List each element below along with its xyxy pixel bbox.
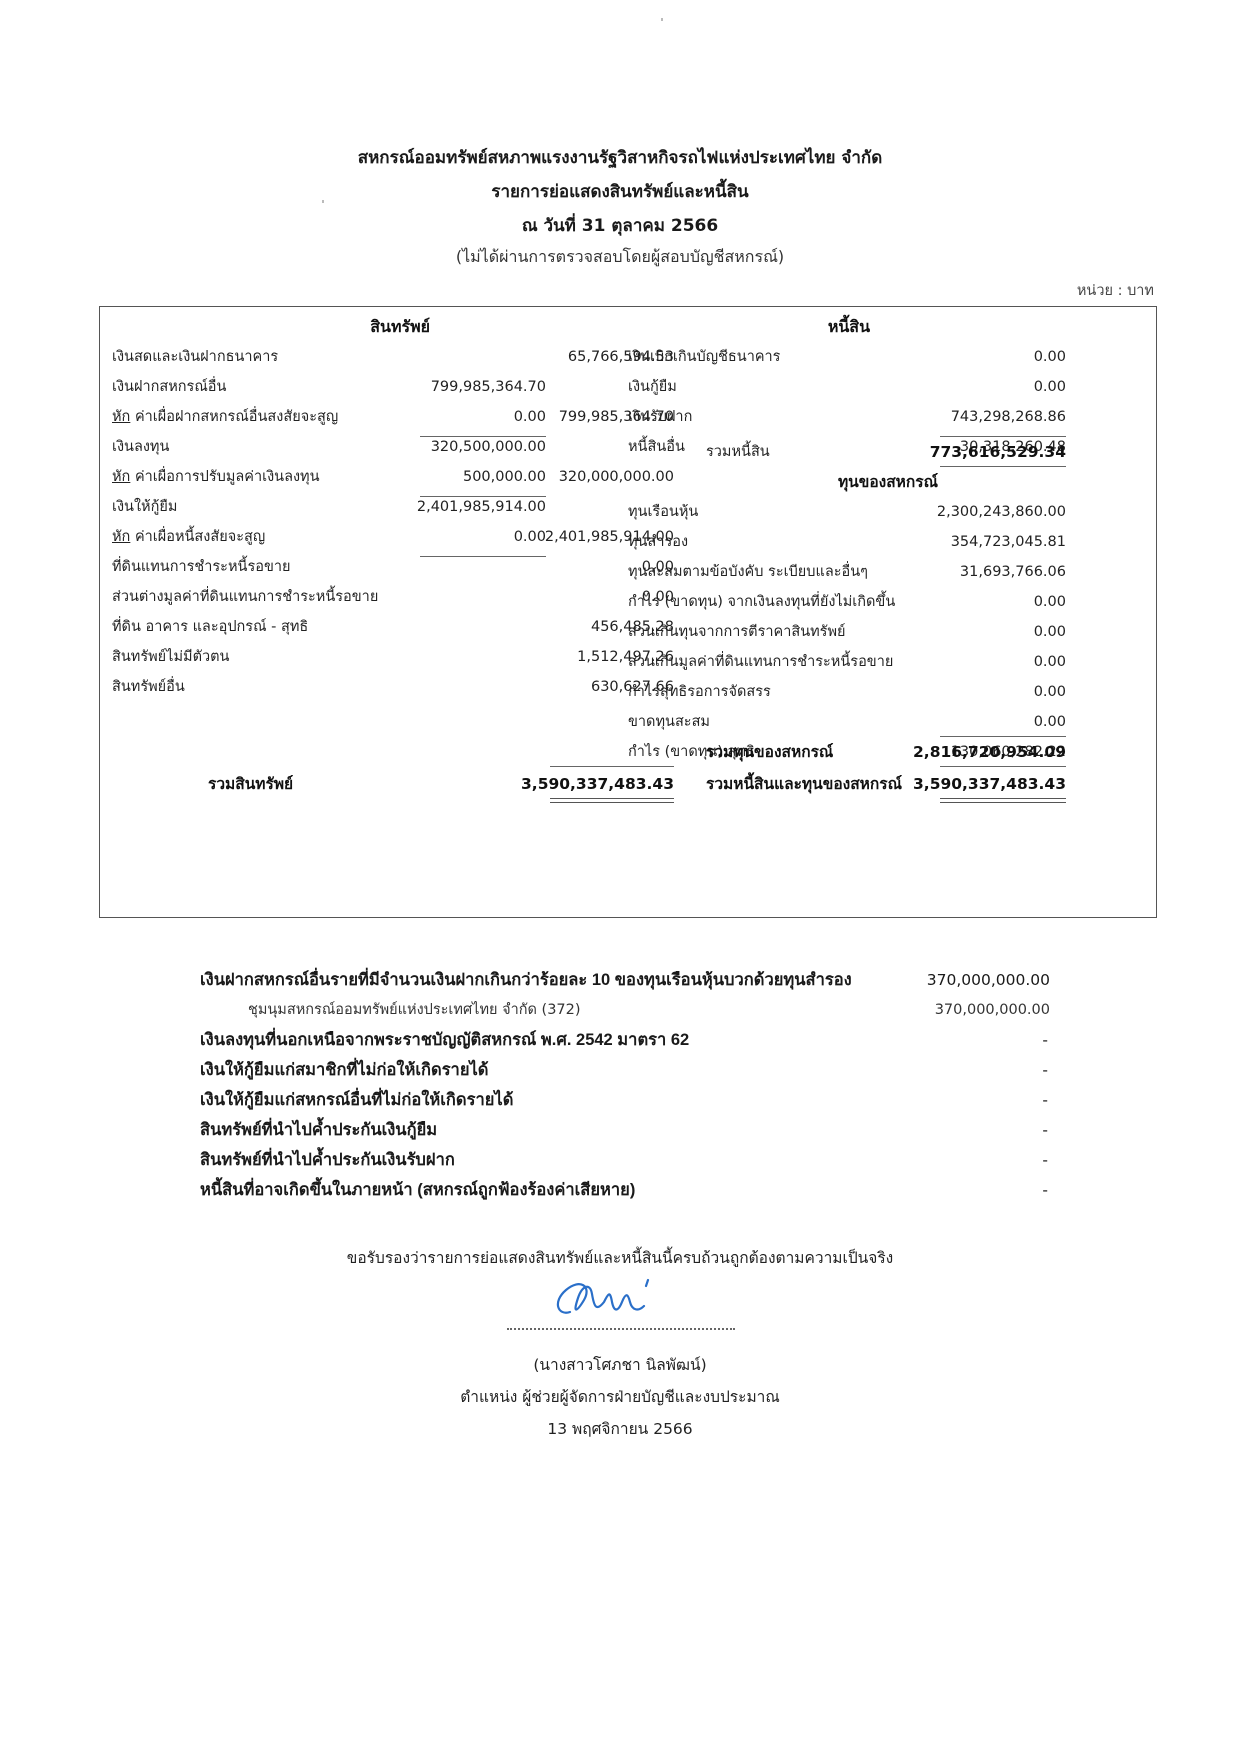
equity-value: 0.00 bbox=[860, 707, 1066, 737]
total-equity-value: 2,816,720,954.09 bbox=[860, 737, 1066, 767]
note-value: - bbox=[1042, 1085, 1048, 1115]
note-row: หนี้สินที่อาจเกิดขึ้นในภายหน้า (สหกรณ์ถู… bbox=[200, 1175, 1050, 1205]
equity-row: กำไร (ขาดทุน) จากเงินลงทุนที่ยังไม่เกิดข… bbox=[100, 587, 1100, 617]
grand-total-value: 3,590,337,483.43 bbox=[860, 769, 1066, 799]
note-row: เงินให้กู้ยืมแก่สมาชิกที่ไม่ก่อให้เกิดรา… bbox=[200, 1055, 1050, 1085]
equity-row: กำไรสุทธิรอการจัดสรร0.00 bbox=[100, 677, 1100, 707]
liability-label: เงินเบิกเกินบัญชีธนาคาร bbox=[628, 342, 780, 372]
note-row: สินทรัพย์ที่นำไปค้ำประกันเงินกู้ยืม- bbox=[200, 1115, 1050, 1145]
note-row: เงินให้กู้ยืมแก่สหกรณ์อื่นที่ไม่ก่อให้เก… bbox=[200, 1085, 1050, 1115]
liability-value: 743,298,268.86 bbox=[860, 402, 1066, 432]
equity-label: กำไร (ขาดทุน) จากเงินลงทุนที่ยังไม่เกิดข… bbox=[628, 587, 895, 617]
note-label: ชุมนุมสหกรณ์ออมทรัพย์แห่งประเทศไทย จำกัด… bbox=[248, 995, 581, 1025]
document-date: ณ วันที่ 31 ตุลาคม 2566 bbox=[0, 212, 1240, 239]
note-row: เงินลงทุนที่นอกเหนือจากพระราชบัญญัติสหกร… bbox=[200, 1025, 1050, 1055]
note-label: หนี้สินที่อาจเกิดขึ้นในภายหน้า (สหกรณ์ถู… bbox=[200, 1175, 635, 1205]
equity-label: ทุนสำรอง bbox=[628, 527, 688, 557]
underline bbox=[940, 466, 1066, 467]
signature-scribble-icon bbox=[500, 1272, 740, 1332]
asset-row: หัก ค่าเผื่อการปรับมูลค่าเงินลงทุน500,00… bbox=[100, 462, 690, 492]
double-underline bbox=[940, 798, 1066, 803]
total-liabilities-label: รวมหนี้สิน bbox=[706, 437, 770, 467]
equity-label: ทุนสะสมตามข้อบังคับ ระเบียบและอื่นๆ bbox=[628, 557, 868, 587]
equity-row: ทุนสำรอง354,723,045.81 bbox=[100, 527, 1100, 557]
equity-value: 2,300,243,860.00 bbox=[860, 497, 1066, 527]
liability-row: เงินกู้ยืม0.00 bbox=[100, 372, 1100, 402]
document-title: รายการย่อแสดงสินทรัพย์และหนี้สิน bbox=[0, 178, 1240, 205]
underline bbox=[940, 766, 1066, 767]
total-assets-label: รวมสินทรัพย์ bbox=[208, 769, 293, 799]
total-equity-label: รวมทุนของสหกรณ์ bbox=[706, 737, 833, 767]
liability-label: เงินรับฝาก bbox=[628, 402, 692, 432]
note-label: สินทรัพย์ที่นำไปค้ำประกันเงินรับฝาก bbox=[200, 1145, 455, 1175]
note-value: 370,000,000.00 bbox=[927, 965, 1050, 995]
note-value: 370,000,000.00 bbox=[935, 995, 1050, 1025]
asset-value: 320,000,000.00 bbox=[500, 462, 674, 492]
liability-row: เงินเบิกเกินบัญชีธนาคาร0.00 bbox=[100, 342, 1100, 372]
scan-speck bbox=[661, 18, 663, 21]
equity-row: ขาดทุนสะสม0.00 bbox=[100, 707, 1100, 737]
equity-row: ทุนสะสมตามข้อบังคับ ระเบียบและอื่นๆ31,69… bbox=[100, 557, 1100, 587]
note-label: เงินลงทุนที่นอกเหนือจากพระราชบัญญัติสหกร… bbox=[200, 1025, 689, 1055]
organization-name: สหกรณ์ออมทรัพย์สหภาพแรงงานรัฐวิสาหกิจรถไ… bbox=[0, 144, 1240, 171]
note-label: เงินให้กู้ยืมแก่สหกรณ์อื่นที่ไม่ก่อให้เก… bbox=[200, 1085, 513, 1115]
note-label: เงินฝากสหกรณ์อื่นรายที่มีจำนวนเงินฝากเกิ… bbox=[200, 965, 852, 995]
note-row: สินทรัพย์ที่นำไปค้ำประกันเงินรับฝาก- bbox=[200, 1145, 1050, 1175]
double-underline bbox=[550, 798, 674, 803]
note-value: - bbox=[1042, 1175, 1048, 1205]
equity-row: ส่วนเกินมูลค่าที่ดินแทนการชำระหนี้รอขาย0… bbox=[100, 647, 1100, 677]
audit-note: (ไม่ได้ผ่านการตรวจสอบโดยผู้สอบบัญชีสหกรณ… bbox=[0, 245, 1240, 270]
signer-position: ตำแหน่ง ผู้ช่วยผู้จัดการฝ่ายบัญชีและงบปร… bbox=[0, 1384, 1240, 1409]
signed-date: 13 พฤศจิกายน 2566 bbox=[0, 1416, 1240, 1441]
signature-line bbox=[507, 1328, 735, 1330]
asset-label: หัก ค่าเผื่อการปรับมูลค่าเงินลงทุน bbox=[112, 462, 320, 492]
equity-value: 0.00 bbox=[860, 647, 1066, 677]
liability-value: 0.00 bbox=[860, 372, 1066, 402]
note-value: - bbox=[1042, 1025, 1048, 1055]
equity-row: ทุนเรือนหุ้น2,300,243,860.00 bbox=[100, 497, 1100, 527]
liability-value: 0.00 bbox=[860, 342, 1066, 372]
signature bbox=[500, 1272, 740, 1332]
equity-value: 31,693,766.06 bbox=[860, 557, 1066, 587]
equity-label: ทุนเรือนหุ้น bbox=[628, 497, 698, 527]
equity-label: ส่วนเกินมูลค่าที่ดินแทนการชำระหนี้รอขาย bbox=[628, 647, 893, 677]
note-value: - bbox=[1042, 1145, 1048, 1175]
note-value: - bbox=[1042, 1115, 1048, 1145]
liabilities-heading: หนี้สิน bbox=[660, 312, 870, 342]
liability-label: เงินกู้ยืม bbox=[628, 372, 677, 402]
note-label: สินทรัพย์ที่นำไปค้ำประกันเงินกู้ยืม bbox=[200, 1115, 437, 1145]
total-liabilities-value: 773,616,529.34 bbox=[860, 437, 1066, 467]
equity-value: 0.00 bbox=[860, 677, 1066, 707]
note-value: - bbox=[1042, 1055, 1048, 1085]
equity-heading: ทุนของสหกรณ์ bbox=[660, 467, 938, 497]
equity-label: ส่วนเกินทุนจากการตีราคาสินทรัพย์ bbox=[628, 617, 846, 647]
note-row: ชุมนุมสหกรณ์ออมทรัพย์แห่งประเทศไทย จำกัด… bbox=[200, 995, 1050, 1025]
liability-row: เงินรับฝาก743,298,268.86 bbox=[100, 402, 1100, 432]
total-assets-value: 3,590,337,483.43 bbox=[500, 769, 674, 799]
deduct-prefix: หัก bbox=[112, 469, 130, 485]
signer-name: (นางสาวโศภชา นิลพัฒน์) bbox=[0, 1352, 1240, 1377]
certification-statement: ขอรับรองว่ารายการย่อแสดงสินทรัพย์และหนี้… bbox=[0, 1245, 1240, 1270]
note-row: เงินฝากสหกรณ์อื่นรายที่มีจำนวนเงินฝากเกิ… bbox=[200, 965, 1050, 995]
liability-label: หนี้สินอื่น bbox=[628, 432, 685, 462]
assets-heading: สินทรัพย์ bbox=[100, 312, 430, 342]
note-label: เงินให้กู้ยืมแก่สมาชิกที่ไม่ก่อให้เกิดรา… bbox=[200, 1055, 489, 1085]
equity-value: 0.00 bbox=[860, 617, 1066, 647]
equity-label: กำไรสุทธิรอการจัดสรร bbox=[628, 677, 771, 707]
equity-value: 354,723,045.81 bbox=[860, 527, 1066, 557]
balance-sheet-table: สินทรัพย์ เงินสดและเงินฝากธนาคาร65,766,5… bbox=[99, 306, 1157, 918]
equity-row: ส่วนเกินทุนจากการตีราคาสินทรัพย์0.00 bbox=[100, 617, 1100, 647]
currency-unit: หน่วย : บาท bbox=[1077, 279, 1154, 302]
equity-value: 0.00 bbox=[860, 587, 1066, 617]
equity-label: ขาดทุนสะสม bbox=[628, 707, 710, 737]
